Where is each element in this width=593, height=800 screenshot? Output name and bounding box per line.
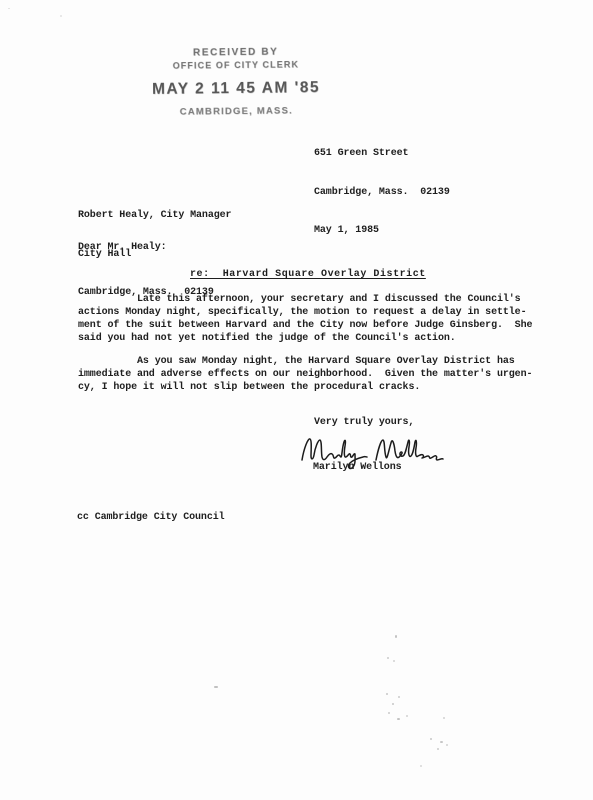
typed-signature-name: Marilyn Wellons — [313, 462, 402, 475]
scan-speck — [387, 657, 389, 659]
letter-date: May 1, 1985 — [314, 225, 450, 238]
subject-line: re: Harvard Square Overlay District — [190, 269, 426, 282]
body-paragraph-1: Late this afternoon, your secretary and … — [78, 294, 532, 346]
closing-phrase: Very truly yours, — [314, 417, 414, 430]
scan-speck — [406, 715, 408, 717]
scan-speck — [8, 8, 10, 9]
scan-speck — [395, 635, 397, 638]
body-paragraph-2: As you saw Monday night, the Harvard Squ… — [78, 356, 532, 395]
scan-speck — [446, 744, 448, 746]
stamp-city: CAMBRIDGE, MASS. — [146, 105, 326, 118]
scanned-letter-page: RECEIVED BY OFFICE OF CITY CLERK MAY 2 1… — [0, 0, 593, 800]
stamp-received-by: RECEIVED BY — [146, 46, 326, 59]
scan-speck — [386, 693, 388, 695]
received-stamp: RECEIVED BY OFFICE OF CITY CLERK MAY 2 1… — [146, 46, 327, 118]
scan-speck — [440, 741, 443, 743]
scan-speck — [60, 15, 62, 17]
recipient-name: Robert Healy, City Manager — [78, 210, 231, 223]
scan-speck — [393, 660, 395, 662]
stamp-date-time: MAY 2 11 45 AM '85 — [146, 79, 326, 99]
sender-city: Cambridge, Mass. 02139 — [314, 187, 450, 200]
scan-speck — [388, 712, 390, 714]
scan-speck — [214, 686, 218, 688]
signature-last-name-stroke — [376, 440, 443, 460]
sender-street: 651 Green Street — [314, 148, 450, 161]
scan-speck — [430, 738, 432, 740]
cc-line: cc Cambridge City Council — [77, 512, 225, 525]
sender-address-block: 651 Green Street Cambridge, Mass. 02139 … — [314, 122, 450, 264]
stamp-office: OFFICE OF CITY CLERK — [146, 59, 326, 71]
scan-speck — [398, 696, 400, 698]
salutation: Dear Mr. Healy: — [78, 242, 167, 255]
scan-speck — [392, 703, 394, 705]
scan-speck — [437, 748, 439, 750]
scan-speck — [420, 765, 422, 767]
scan-speck — [397, 718, 400, 720]
scan-speck — [443, 717, 445, 719]
